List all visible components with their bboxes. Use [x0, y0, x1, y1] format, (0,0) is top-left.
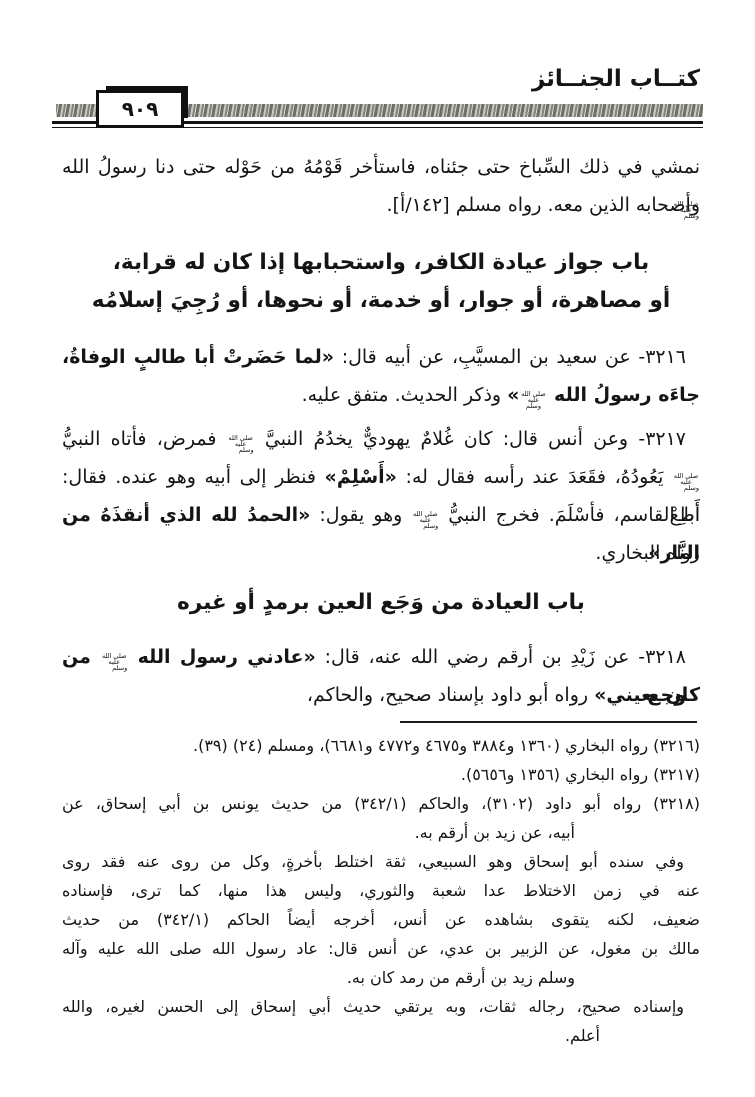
text-segment: وأصحابه الذين معه. رواه مسلم [١٤٢/أ].: [387, 194, 701, 216]
pbuh-calligraphy-mark: صلى الله عليه وسلم: [412, 511, 438, 529]
footnotes: (٣٢١٦) رواه البخاري (١٣٦٠ و٣٨٨٤ و٤٦٧٥ و٤…: [62, 731, 700, 1050]
continuation-line-1: نمشي في ذلك السِّباخ حتى جئناه، فاستأخر …: [62, 148, 700, 186]
page-number-box: ٩٠٩: [96, 90, 184, 128]
page-content: نمشي في ذلك السِّباخ حتى جئناه، فاستأخر …: [62, 140, 700, 1050]
hadith-3218-line-2: كان بعيني» رواه أبو داود بإسناد صحيح، وا…: [62, 676, 700, 714]
hadith-3218-line-1: ٣٢١٨- عن زَيْدِ بن أرقم رضي الله عنه، قا…: [62, 638, 700, 676]
hadith-3217-line-3: أبا القاسم، فأسْلَمَ. فخرج النبيُّ صلى ا…: [62, 496, 700, 534]
text-segment: ٣٢١٧- وعن أنس قال: كان غُلامٌ يهوديٌّ يخ…: [255, 428, 686, 450]
text-segment: باب العيادة من وَجَع العين برمدٍ أو غيره: [177, 590, 585, 615]
text-segment: وفي سنده أبو إسحاق وهو السبيعي، ثقة اختل…: [62, 852, 684, 871]
text-segment: أعلم.: [565, 1026, 600, 1045]
footnote-3217: (٣٢١٧) رواه البخاري (١٣٥٦ و٥٦٥٦).: [62, 760, 700, 789]
text-segment: فمرض، فأتاه النبيُّ: [62, 428, 227, 450]
text-segment: نمشي في ذلك السِّباخ حتى جئناه، فاستأخر …: [62, 156, 700, 178]
text-segment: رواه أبو داود بإسناد صحيح، والحاكم،: [307, 684, 594, 706]
footnote-note-line-4: مالك بن مغول، عن الزبير بن عدي، عن أنس ق…: [62, 934, 700, 963]
hadith-3217-line-4: رواه البخاري.: [62, 534, 700, 572]
text-segment: جاءَه رسولُ الله: [547, 384, 700, 406]
text-segment: (٣٢١٧) رواه البخاري (١٣٥٦ و٥٦٥٦).: [461, 765, 700, 784]
text-segment: »: [507, 384, 519, 406]
page-number: ٩٠٩: [122, 97, 159, 121]
text-segment: يَعُودُهُ، فقَعَدَ عند رأسه فقال له:: [397, 466, 672, 488]
text-segment: (٣٢١٦) رواه البخاري (١٣٦٠ و٣٨٨٤ و٤٦٧٥ و٤…: [193, 736, 700, 755]
footnote-3218-line-1: (٣٢١٨) رواه أبو داود (٣١٠٢)، والحاكم (١‏…: [62, 789, 700, 818]
text-segment: عنه في زمن الاختلاط عدا شعبة والثوري، ول…: [62, 881, 700, 900]
pbuh-calligraphy-mark: صلى الله عليه وسلم: [673, 473, 699, 491]
pbuh-calligraphy-mark: صلى الله عليه وسلم: [228, 435, 254, 453]
text-segment: أبيه، عن زيد بن أرقم به.: [415, 823, 575, 842]
text-segment: «عادني رسول الله: [128, 646, 316, 668]
text-segment: وإسناده صحيح، رجاله ثقات، وبه يرتقي حديث…: [62, 997, 684, 1016]
text-segment: أبا القاسم، فأسْلَمَ. فخرج النبيُّ: [439, 504, 700, 526]
continuation-line-2: وأصحابه الذين معه. رواه مسلم [١٤٢/أ].: [62, 186, 700, 224]
footnote-note-line-6: وإسناده صحيح، رجاله ثقات، وبه يرتقي حديث…: [62, 992, 700, 1021]
text-segment: رواه البخاري.: [595, 542, 700, 564]
text-segment: مالك بن مغول، عن الزبير بن عدي، عن أنس ق…: [62, 939, 700, 958]
footnote-note-line-1: وفي سنده أبو إسحاق وهو السبيعي، ثقة اختل…: [62, 847, 700, 876]
text-segment: باب جواز عيادة الكافر، واستحبابها إذا كا…: [113, 250, 650, 275]
hadith-3216-line-1: ٣٢١٦- عن سعيد بن المسيَّبِ، عن أبيه قال:…: [62, 338, 700, 376]
book-page: كتــاب الجنــائز ٩٠٩ نمشي في ذلك السِّبا…: [0, 0, 755, 1097]
footnote-note-line-3: ضعيف، لكنه يتقوى بشاهده عن أنس، أخرجه أي…: [62, 905, 700, 934]
chapter-heading-1-line-2: أو مصاهرة، أو جوار، أو خدمة، أو نحوها، أ…: [62, 282, 700, 320]
text-segment: ٣٢١٨- عن زَيْدِ بن أرقم رضي الله عنه، قا…: [316, 646, 686, 668]
pbuh-calligraphy-mark: صلى الله عليه وسلم: [101, 653, 127, 671]
text-segment: وهو يقول:: [310, 504, 411, 526]
text-segment: «لما حَضَرتْ أبا طالبٍ الوفاةُ،: [62, 346, 334, 368]
footnote-note-line-2: عنه في زمن الاختلاط عدا شعبة والثوري، ول…: [62, 876, 700, 905]
hadith-3217-line-1: ٣٢١٧- وعن أنس قال: كان غُلامٌ يهوديٌّ يخ…: [62, 420, 700, 458]
body-text: نمشي في ذلك السِّباخ حتى جئناه، فاستأخر …: [62, 148, 700, 714]
hadith-3217-line-2: صلى الله عليه وسلم يَعُودُهُ، فقَعَدَ عن…: [62, 458, 700, 496]
text-segment: وسلم زيد بن أرقم من رمد كان به.: [347, 968, 575, 987]
text-segment: كان بعيني»: [594, 684, 700, 706]
footnote-note-line-5: وسلم زيد بن أرقم من رمد كان به.: [62, 963, 700, 992]
text-segment: «أَسْلِمْ»: [325, 466, 397, 488]
footnote-3218-line-2: أبيه، عن زيد بن أرقم به.: [62, 818, 700, 847]
footnote-3216: (٣٢١٦) رواه البخاري (١٣٦٠ و٣٨٨٤ و٤٦٧٥ و٤…: [62, 731, 700, 760]
chapter-heading-2: باب العيادة من وَجَع العين برمدٍ أو غيره: [62, 584, 700, 622]
pbuh-calligraphy-mark: صلى الله عليه وسلم: [520, 391, 546, 409]
book-title: كتــاب الجنــائز: [532, 66, 700, 92]
text-segment: ضعيف، لكنه يتقوى بشاهده عن أنس، أخرجه أي…: [62, 910, 700, 929]
text-segment: (٣٢١٨) رواه أبو داود (٣١٠٢)، والحاكم (١‏…: [62, 794, 700, 813]
text-segment: ٣٢١٦- عن سعيد بن المسيَّبِ، عن أبيه قال:: [334, 346, 686, 368]
footnote-separator: [400, 721, 697, 723]
text-segment: وذكر الحديث. متفق عليه.: [302, 384, 508, 406]
chapter-heading-1-line-1: باب جواز عيادة الكافر، واستحبابها إذا كا…: [62, 244, 700, 282]
footnote-note-line-7: أعلم.: [62, 1021, 700, 1050]
text-segment: أو مصاهرة، أو جوار، أو خدمة، أو نحوها، أ…: [92, 288, 671, 313]
hadith-3216-line-2: جاءَه رسولُ الله صلى الله عليه وسلم» وذك…: [62, 376, 700, 414]
